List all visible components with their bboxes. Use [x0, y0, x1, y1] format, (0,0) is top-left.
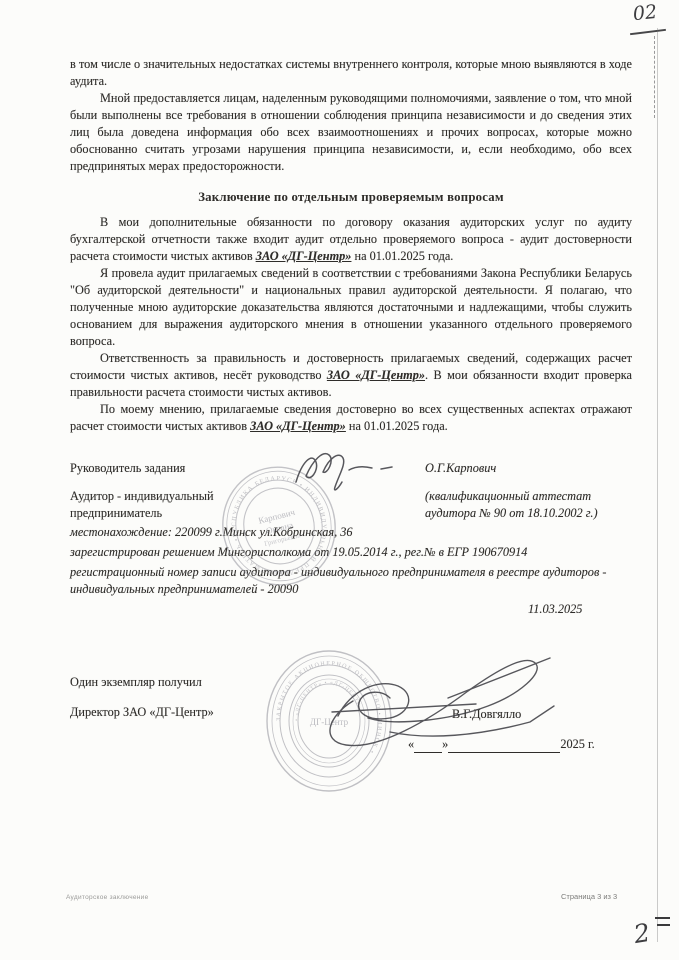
footer-document-title: Аудиторское заключение [66, 889, 149, 906]
director-title: Директор ЗАО «ДГ-Центр» [70, 704, 214, 721]
scanned-audit-report-page: в том числе о значительных недостатках с… [0, 0, 679, 960]
date-fill-in-line: «»2025 г. [408, 736, 595, 753]
company-name: ЗАО «ДГ-Центр» [256, 249, 352, 263]
director-name: В.Г.Довгялло [452, 706, 521, 723]
paragraph-independence: Мной предоставляется лицам, наделенным р… [70, 90, 632, 175]
auditor-registry-number: регистрационный номер записи аудитора - … [70, 564, 610, 598]
scan-edge-tick [655, 917, 670, 919]
report-date: 11.03.2025 [528, 601, 582, 618]
paragraph-text: на 01.01.2025 года. [351, 249, 453, 263]
role-auditor-line2: предприниматель [70, 505, 400, 522]
footer-page-number: Страница 3 из 3 [561, 888, 617, 905]
signer-roles: Руководитель задания Аудитор - индивидуа… [70, 460, 400, 522]
auditor-name: О.Г.Карпович [425, 460, 635, 477]
company-stamp: ЗАКРЫТОЕ АКЦИОНЕРНОЕ ОБЩЕСТВО • МИНСК • … [263, 646, 395, 796]
handwritten-mark-bottom: 2 [633, 924, 651, 943]
day-blank-line [414, 739, 442, 753]
role-auditor-line1: Аудитор - индивидуальный [70, 488, 400, 505]
auditor-address: местонахождение: 220099 г.Минск ул.Кобри… [70, 524, 610, 541]
paragraph-text: на 01.01.2025 года. [346, 419, 448, 433]
scan-edge-tick [657, 924, 670, 926]
paragraph-audit-conducted: Я провела аудит прилагаемых сведений в с… [70, 265, 632, 350]
scan-edge-dashed-line [654, 36, 655, 118]
company-name: ЗАО «ДГ-Центр» [327, 368, 425, 382]
stamp-center-text: ДГ-Центр [310, 717, 349, 727]
role-task-leader: Руководитель задания [70, 460, 400, 477]
certificate-line2: аудитора № 90 от 18.10.2002 г.) [425, 505, 635, 522]
stamp-inner-ring-text: • «ДГ-ЦЕНТР» • «ДГ-ЦЕНТР» [294, 680, 363, 721]
paragraph-responsibility: Ответственность за правильность и достов… [70, 350, 632, 401]
paragraph-opinion: По моему мнению, прилагаемые сведения до… [70, 401, 632, 435]
paragraph-additional-duties: В мои дополнительные обязанности по дого… [70, 214, 632, 265]
paragraph-internal-control: в том числе о значительных недостатках с… [70, 56, 632, 90]
auditor-registration: зарегистрирован решением Мингорисполкома… [70, 544, 610, 561]
auditor-identity: О.Г.Карпович (квалификационный аттестат … [425, 460, 635, 522]
handwritten-underline [630, 29, 666, 35]
section-heading: Заключение по отдельным проверяемым вопр… [70, 190, 632, 205]
copy-received-label: Один экземпляр получил [70, 674, 202, 691]
company-name: ЗАО «ДГ-Центр» [250, 419, 346, 433]
document-body: в том числе о значительных недостатках с… [70, 56, 632, 435]
month-blank-line [448, 739, 560, 753]
auditor-registration-details: местонахождение: 220099 г.Минск ул.Кобри… [70, 524, 610, 601]
scan-edge-line [657, 28, 658, 942]
certificate-line1: (квалификационный аттестат [425, 488, 635, 505]
stamp-ring-text: ЗАКРЫТОЕ АКЦИОНЕРНОЕ ОБЩЕСТВО • МИНСК • [276, 661, 382, 755]
year-suffix: 2025 г. [560, 737, 594, 751]
handwritten-mark-top: 02 [632, 4, 658, 23]
